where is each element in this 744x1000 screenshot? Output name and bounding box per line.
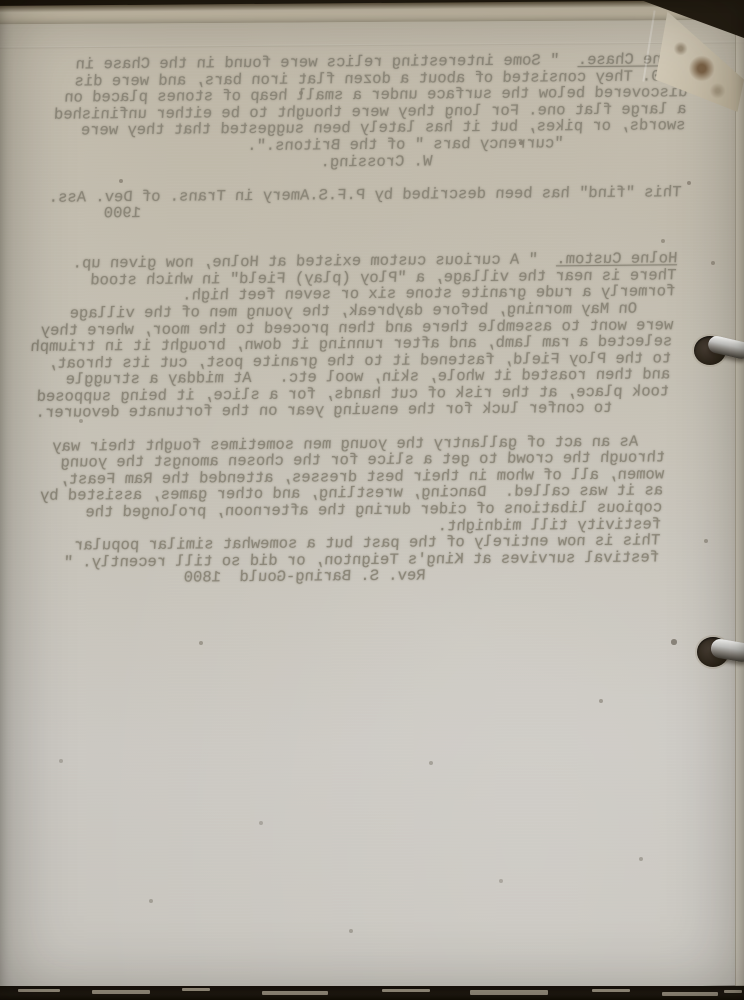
page-edge-fleck <box>662 992 718 996</box>
page-edge-fleck <box>262 991 328 995</box>
page-edge-fleck <box>92 990 150 994</box>
page-stack-bottom-edge <box>0 986 744 1000</box>
photo-of-bound-typescript-page: Holne Chase. " Some interesting relics w… <box>0 0 744 1000</box>
page-right-edge <box>735 26 744 986</box>
foxing-specks <box>0 0 2 2</box>
page-edge-fleck <box>18 989 60 992</box>
page-edge-fleck <box>724 990 742 993</box>
page-edge-fleck <box>382 989 430 992</box>
page-edge-fleck <box>470 990 548 995</box>
typed-line-text: W. Crossing. <box>320 150 684 171</box>
page-edge-fleck <box>592 989 630 992</box>
typed-text: Holne Chase. " Some interesting relics w… <box>4 51 690 588</box>
page-edge-fleck <box>182 988 210 991</box>
